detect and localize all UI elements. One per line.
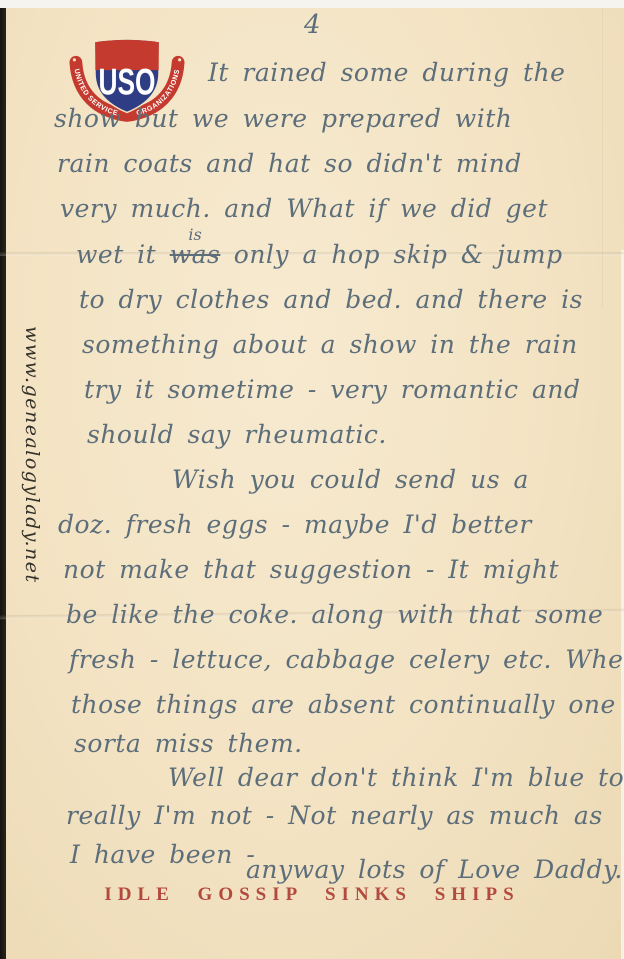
letter-line: be like the coke. along with that some xyxy=(66,600,603,629)
struck-word: was xyxy=(170,240,221,269)
letter-page: UNITED SERVICE ORGANIZATIONS USO 4 www.g… xyxy=(0,0,624,959)
letter-line: Wish you could send us a xyxy=(172,465,529,494)
letter-line: not make that suggestion - It might xyxy=(63,555,559,584)
letter-line: sorta miss them. xyxy=(74,729,303,758)
line-text-before: wet it xyxy=(76,240,170,269)
letter-line: I have been - xyxy=(70,840,255,869)
letter-line: show but we were prepared with xyxy=(54,104,512,133)
letter-line: It rained some during the xyxy=(208,58,565,87)
letter-body: It rained some during the show but we we… xyxy=(0,0,624,959)
letter-line-with-correction: wet it wasis only a hop skip & jump xyxy=(76,240,563,269)
inserted-word: is xyxy=(188,225,201,244)
letter-line: really I'm not - Not nearly as much as xyxy=(66,801,603,830)
correction: wasis xyxy=(170,240,221,269)
letter-line: doz. fresh eggs - maybe I'd better xyxy=(58,510,532,539)
letter-line: fresh - lettuce, cabbage celery etc. Whe… xyxy=(69,645,624,674)
letter-line: very much. and What if we did get xyxy=(60,194,548,223)
letter-line: something about a show in the rain xyxy=(82,330,578,359)
letter-signature-line: anyway lots of Love Daddy. xyxy=(246,855,623,884)
footer-slogan: IDLE GOSSIP SINKS SHIPS xyxy=(0,884,624,906)
letter-line: Well dear don't think I'm blue today - xyxy=(168,763,624,792)
line-text-after: only a hop skip & jump xyxy=(220,240,562,269)
letter-line: rain coats and hat so didn't mind xyxy=(57,149,522,178)
letter-line: should say rheumatic. xyxy=(87,420,387,449)
letter-line: try it sometime - very romantic and xyxy=(84,375,580,404)
letter-line: those things are absent continually one xyxy=(71,690,616,719)
letter-line: to dry clothes and bed. and there is xyxy=(79,285,583,314)
